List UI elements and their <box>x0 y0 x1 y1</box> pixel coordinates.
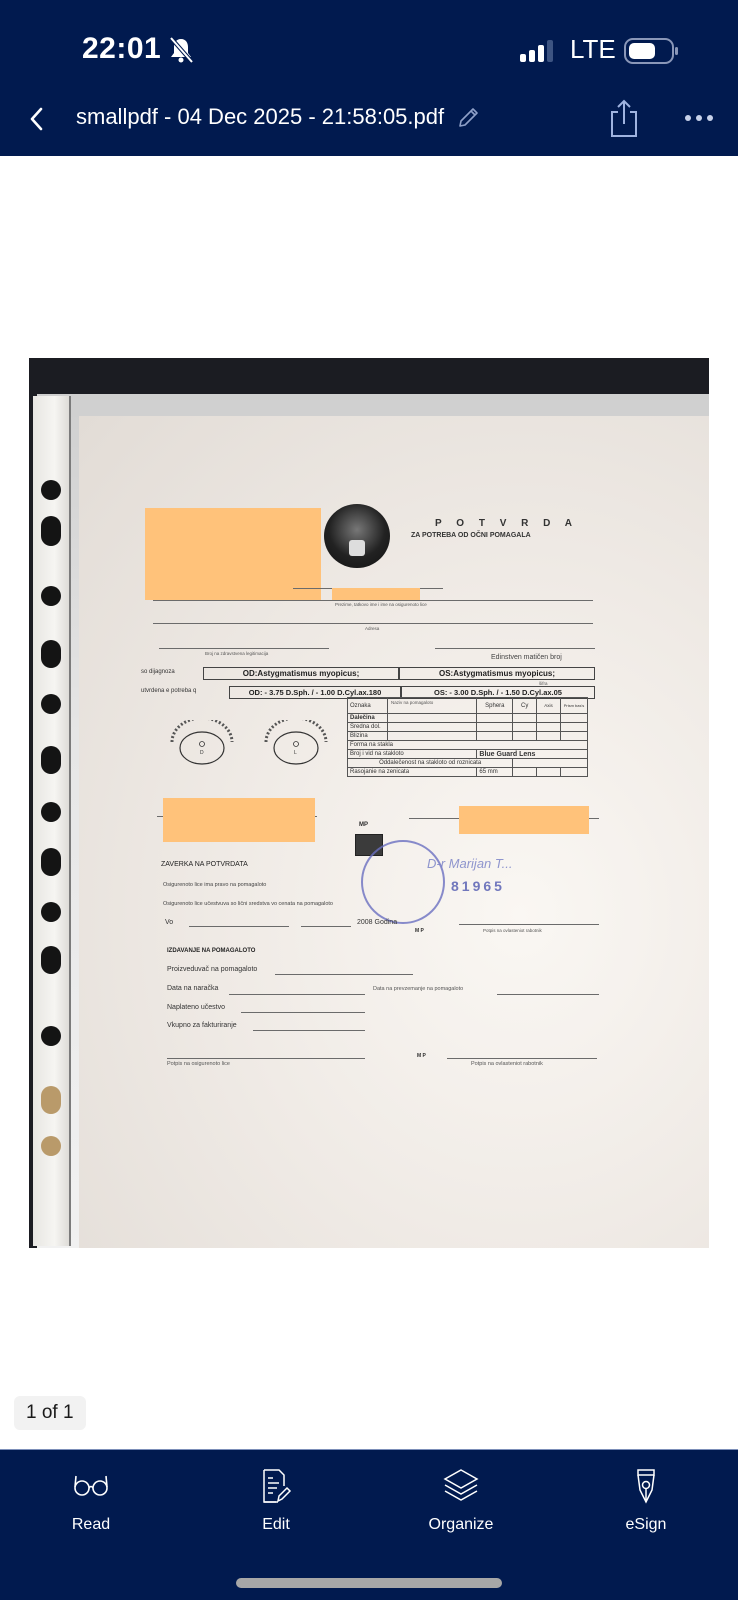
status-time: 22:01 <box>82 32 161 66</box>
diagnosis-os: OS:Astygmatismus myopicus; <box>399 667 595 680</box>
cert-line-1: Osigurenoto lice ima pravo na pomagaloto <box>163 882 266 888</box>
redaction-box <box>332 588 420 600</box>
document-page-image: P O T V R D A ZA POTREBA OD OČNI POMAGAL… <box>29 358 709 1248</box>
nav-read[interactable]: Read <box>31 1468 151 1534</box>
nav-esign[interactable]: eSign <box>586 1468 706 1534</box>
name-label: Prezime, tatkovo ime i ime na osigurenot… <box>335 602 427 607</box>
order-date-label: Data na naračka <box>167 985 218 992</box>
diagnosis-label: so dijagnoza <box>141 669 175 675</box>
binder-strip <box>33 396 71 1246</box>
issuance-title: IZDAVANJE NA POMAGALOTO <box>167 948 255 954</box>
mp-short-2: M P <box>417 1053 426 1059</box>
certification-title: ZAVERKA NA POTVRDATA <box>161 861 248 868</box>
pencil-icon[interactable] <box>456 106 480 130</box>
form-subtitle: ZA POTREBA OD OČNI POMAGALA <box>411 532 531 539</box>
share-icon[interactable] <box>608 98 640 138</box>
health-id-label: Broj na zdravstvena legitimacija <box>205 651 268 656</box>
vo-label: Vo <box>165 919 173 926</box>
pickup-date-label: Data na prevzemanje na pomagaloto <box>373 986 463 992</box>
diagnosis-od: OD:Astygmatismus myopicus; <box>203 667 399 680</box>
more-icon[interactable] <box>683 112 715 124</box>
official-stamp <box>361 840 445 924</box>
battery-icon <box>624 38 680 64</box>
page-indicator: 1 of 1 <box>14 1396 86 1430</box>
year-label: 2008 Godina <box>357 919 397 926</box>
mp-label: MP <box>359 822 368 828</box>
invoice-total-label: Vkupno za fakturiranje <box>167 1022 237 1029</box>
mp-short-1: M P <box>415 928 424 934</box>
nav-organize[interactable]: Organize <box>401 1468 521 1534</box>
insured-signature-label: Potpis na osigurenoto lice <box>167 1061 230 1067</box>
document-title: smallpdf - 04 Dec 2025 - 21:58:05.pdf <box>76 104 444 130</box>
svg-text:L: L <box>294 750 297 756</box>
layers-icon <box>441 1468 481 1504</box>
glasses-icon <box>71 1468 111 1504</box>
paid-label: Naplateno učestvo <box>167 1004 225 1011</box>
axis-dial-right-eye: D <box>169 720 235 766</box>
redaction-box <box>145 508 321 600</box>
stamp-number: 81965 <box>451 878 505 894</box>
embg-label: Edinstven matičen broj <box>491 654 562 661</box>
institution-logo <box>324 504 390 568</box>
manufacturer-label: Proizveduvač na pomagaloto <box>167 966 257 973</box>
form-paper: P O T V R D A ZA POTREBA OD OČNI POMAGAL… <box>79 416 709 1248</box>
stamp-name: D-r Marijan T... <box>427 856 512 871</box>
address-label: Adresa <box>365 626 379 631</box>
cert-line-2: Osigurenoto lice učestvuva so lični sred… <box>163 901 333 907</box>
bell-slash-icon <box>168 36 194 64</box>
axis-dial-left-eye: L <box>263 720 329 766</box>
redaction-box <box>459 806 589 834</box>
svg-text:D: D <box>200 750 204 756</box>
pdf-viewer[interactable]: P O T V R D A ZA POTREBA OD OČNI POMAGAL… <box>0 156 738 1450</box>
network-type: LTE <box>570 34 616 65</box>
auth-signature-label-2: Potpis na ovlasteniot rabotnik <box>471 1061 543 1067</box>
home-indicator[interactable] <box>236 1578 502 1588</box>
form-title: P O T V R D A <box>435 518 578 529</box>
auth-signature-label-1: Potpis na ovlasteniot rabotnik <box>483 928 542 933</box>
nav-edit[interactable]: Edit <box>216 1468 336 1534</box>
prescription-table: Oznaka Sphera Cy Axis Prism bas's Daleči… <box>347 697 588 777</box>
back-icon[interactable] <box>26 104 48 134</box>
pen-nib-icon <box>626 1468 666 1504</box>
top-bar: 22:01 LTE smallpdf - 04 Dec 2025 - 21:58… <box>0 0 738 156</box>
redaction-box <box>163 798 315 842</box>
signal-icon <box>520 40 558 62</box>
edit-document-icon <box>256 1468 296 1504</box>
need-label: utvrdena e potreba q <box>141 688 196 694</box>
